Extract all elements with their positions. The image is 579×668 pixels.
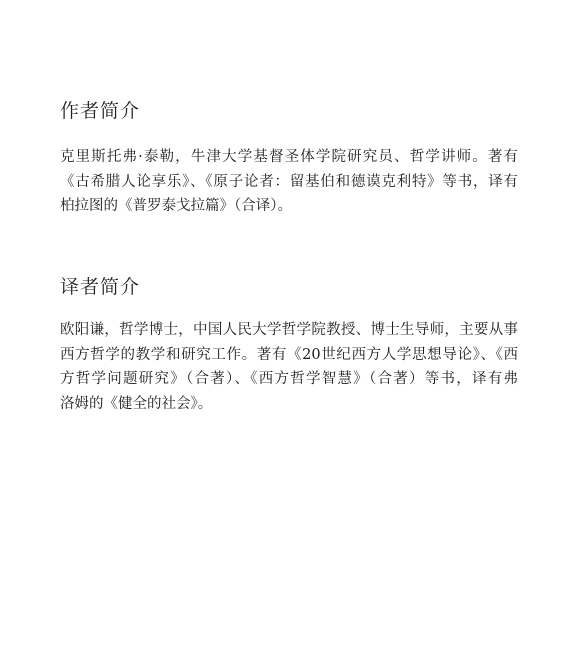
author-bio-line: 克里斯托弗·泰勒，牛津大学基督圣体学院研究员、哲学讲师。著有 (60, 145, 518, 170)
translator-bio: 欧阳谦，哲学博士，中国人民大学哲学院教授、博士生导师，主要从事 西方哲学的教学和… (60, 318, 518, 416)
translator-bio-line: 洛姆的《健全的社会》。 (60, 392, 518, 417)
translator-bio-line: 方哲学问题研究》（合著）、《西方哲学智慧》（合著）等书，译有弗 (60, 367, 518, 392)
author-bio-line: 柏拉图的《普罗泰戈拉篇》（合译）。 (60, 194, 518, 219)
author-bio: 克里斯托弗·泰勒，牛津大学基督圣体学院研究员、哲学讲师。著有 《古希腊人论享乐》… (60, 145, 518, 219)
translator-section-title: 译者简介 (60, 276, 140, 298)
translator-bio-line: 西方哲学的教学和研究工作。著有《20世纪西方人学思想导论》、《西 (60, 343, 518, 368)
author-bio-line: 《古希腊人论享乐》、《原子论者：留基伯和德谟克利特》等书，译有 (60, 170, 518, 195)
author-section-title: 作者简介 (60, 100, 140, 122)
translator-bio-line: 欧阳谦，哲学博士，中国人民大学哲学院教授、博士生导师，主要从事 (60, 318, 518, 343)
